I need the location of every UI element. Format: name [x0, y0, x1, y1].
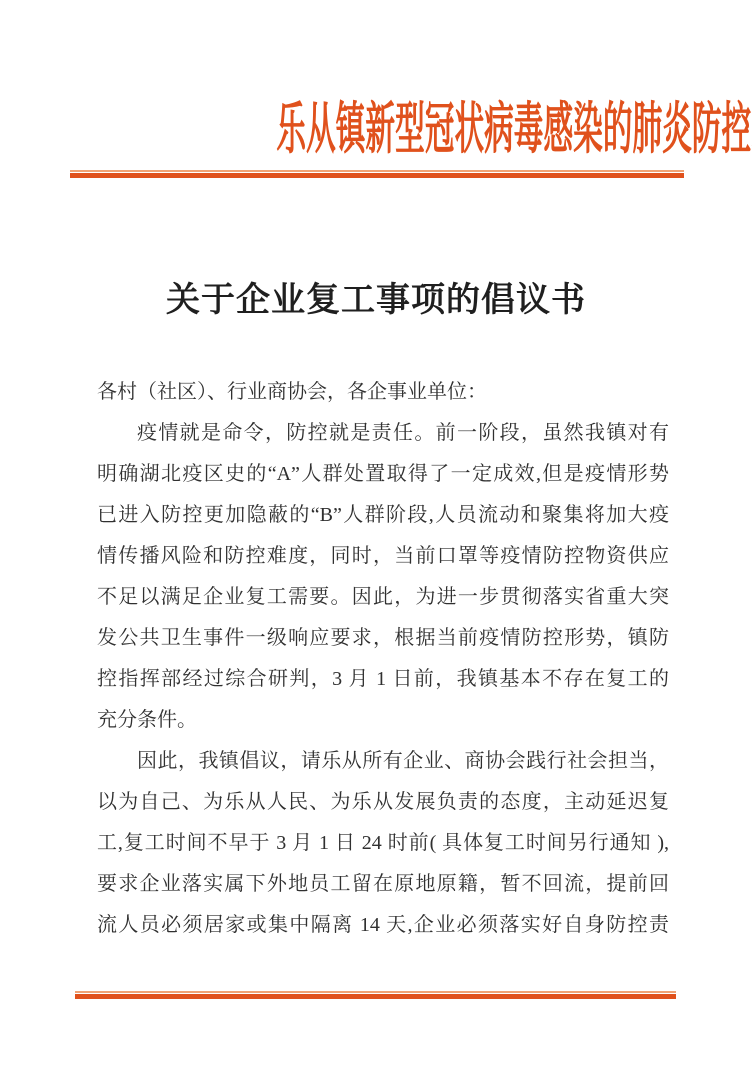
body-line: 发公共卫生事件一级响应要求，根据当前疫情防控形势，镇防 — [97, 618, 669, 659]
masthead: 乐从镇新型冠状病毒感染的肺炎防控工作指挥部 — [0, 98, 752, 162]
footer-divider-thin-line — [75, 991, 676, 993]
body-line: 控指挥部经过综合研判，3 月 1 日前，我镇基本不存在复工的 — [97, 659, 669, 700]
body-line: 充分条件。 — [97, 700, 669, 741]
body-line: 工,复工时间不早于 3 月 1 日 24 时前( 具体复工时间另行通知 ), — [97, 823, 669, 864]
document-title: 关于企业复工事项的倡议书 — [0, 281, 752, 321]
body-line: 明确湖北疫区史的“A”人群处置取得了一定成效,但是疫情形势 — [97, 454, 669, 495]
masthead-divider — [70, 170, 684, 178]
footer-divider — [75, 991, 676, 999]
document-page: 乐从镇新型冠状病毒感染的肺炎防控工作指挥部 关于企业复工事项的倡议书 各村（社区… — [0, 0, 752, 1065]
body-line: 要求企业落实属下外地员工留在原地原籍，暂不回流，提前回 — [97, 864, 669, 905]
footer-divider-thick-line — [75, 994, 676, 999]
body-line: 流人员必须居家或集中隔离 14 天,企业必须落实好自身防控责 — [97, 905, 669, 946]
body-line: 不足以满足企业复工需要。因此，为进一步贯彻落实省重大突 — [97, 577, 669, 618]
body-line: 情传播风险和防控难度，同时，当前口罩等疫情防控物资供应 — [97, 536, 669, 577]
masthead-divider-thick-line — [70, 173, 684, 178]
salutation-line: 各村（社区）、行业商协会，各企事业单位： — [97, 372, 669, 413]
masthead-divider-thin-line — [70, 170, 684, 172]
masthead-org-name: 乐从镇新型冠状病毒感染的肺炎防控工作指挥部 — [276, 98, 752, 162]
body-line: 以为自己、为乐从人民、为乐从发展负责的态度，主动延迟复 — [97, 782, 669, 823]
body-line: 因此，我镇倡议，请乐从所有企业、商协会践行社会担当， — [97, 741, 669, 782]
document-body: 各村（社区）、行业商协会，各企事业单位： 疫情就是命令，防控就是责任。前一阶段，… — [97, 372, 669, 946]
body-line: 疫情就是命令，防控就是责任。前一阶段，虽然我镇对有 — [97, 413, 669, 454]
body-line: 已进入防控更加隐蔽的“B”人群阶段,人员流动和聚集将加大疫 — [97, 495, 669, 536]
